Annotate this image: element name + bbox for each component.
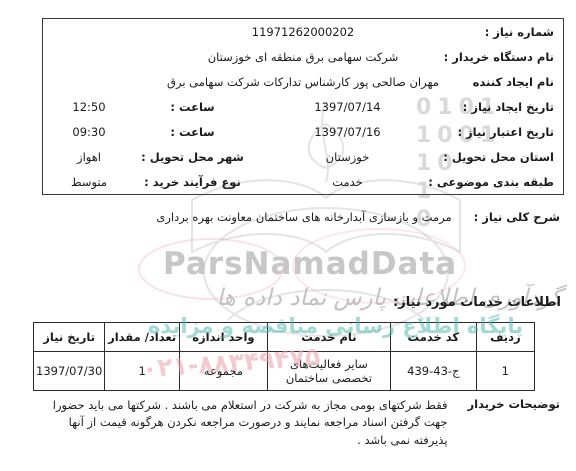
info-row-buyer-org: نام دستگاه خریدار : شرکت سهامی برق منطقه… [43,44,563,69]
delivery-city-label: شهر محل تحویل : [135,150,250,164]
services-table-header-row: ردیف کد خدمت نام خدمت واحد اندازه تعداد/… [34,323,535,352]
delivery-province-label: استان محل تحویل : [445,150,563,164]
cell-service-code: ج-43-439 [391,352,477,391]
cell-need-date: 1397/07/30 [34,352,105,391]
header-row-number: ردیف [476,323,534,352]
cell-row-number: 1 [476,352,534,391]
info-row-expiry-date: تاریخ اعتبار نیاز : 1397/07/16 ساعت : 09… [43,119,563,144]
need-number-value: 11971262000202 [43,25,445,39]
buyer-org-label: نام دستگاه خریدار : [445,50,563,64]
buyer-notes-row: توضیحات خریدار فقط شرکتهای بومی مجاز به … [33,397,560,449]
header-service-name: نام خدمت [267,323,390,352]
header-unit: واحد اندازه [179,323,267,352]
cell-quantity: 1 [105,352,180,391]
create-time-value: 12:50 [43,100,135,114]
creator-label: نام ایجاد کننده [445,75,563,89]
header-quantity: تعداد/ مقدار [105,323,180,352]
general-description-label: شرح کلی نیاز : [474,210,560,224]
info-row-subject-class: طبقه بندی موضوعی : خدمت نوع فرآیند خرید … [43,169,563,194]
delivery-province-value: خوزستان [250,150,445,164]
pink-logo-outline [138,238,284,300]
create-date-value: 1397/07/14 [250,100,445,114]
header-service-code: کد خدمت [391,323,477,352]
need-number-label: شماره نیاز : [445,25,563,39]
info-row-creator: نام ایجاد کننده مهران صالحی پور کارشناس … [43,69,563,94]
info-row-need-number: شماره نیاز : 11971262000202 [43,19,563,44]
delivery-city-value: اهواز [43,150,135,164]
info-row-delivery-province: استان محل تحویل : خوزستان شهر محل تحویل … [43,144,563,169]
buyer-notes-text: فقط شرکتهای بومی مجاز به شرکت در استعلام… [33,397,448,449]
expiry-time-label: ساعت : [135,125,250,139]
cell-service-name: سایر فعالیت‌های تخصصی ساختمان [267,352,390,391]
pink-logo-outline [292,228,466,304]
purchase-process-label: نوع فرآیند خرید : [135,175,250,189]
create-date-label: تاریخ ایجاد نیاز : [445,100,563,114]
buyer-notes-label: توضیحات خریدار [468,397,560,411]
services-table: ردیف کد خدمت نام خدمت واحد اندازه تعداد/… [33,322,535,391]
general-description-row: شرح کلی نیاز : مرمت و بازسازی آبدارخانه … [40,210,560,224]
parsnamaddata-watermark: ParsNamadData [163,246,457,282]
info-row-create-date: تاریخ ایجاد نیاز : 1397/07/14 ساعت : 12:… [43,94,563,119]
need-info-box: شماره نیاز : 11971262000202 نام دستگاه خ… [42,18,564,195]
services-table-data-row: 1 ج-43-439 سایر فعالیت‌های تخصصی ساختمان… [34,352,535,391]
subject-class-value: خدمت [250,175,445,189]
expiry-date-label: تاریخ اعتبار نیاز : [445,125,563,139]
create-time-label: ساعت : [135,100,250,114]
purchase-process-value: متوسط [43,175,135,189]
services-section-title: اطلاعات خدمات مورد نیاز: [393,295,561,310]
buyer-org-value: شرکت سهامی برق منطقه ای خوزستان [43,50,445,64]
header-need-date: تاریخ نیاز [34,323,105,352]
subject-class-label: طبقه بندی موضوعی : [445,175,563,189]
creator-value: مهران صالحی پور کارشناس تدارکات شرکت سها… [43,75,445,89]
expiry-time-value: 09:30 [43,125,135,139]
cell-unit: مجموعه [179,352,267,391]
expiry-date-value: 1397/07/16 [250,125,445,139]
document-page: 0101 1001 10 1 0 شماره نیاز : 1197126200… [0,0,576,471]
general-description-value: مرمت و بازسازی آبدارخانه های ساختمان معا… [156,210,451,224]
